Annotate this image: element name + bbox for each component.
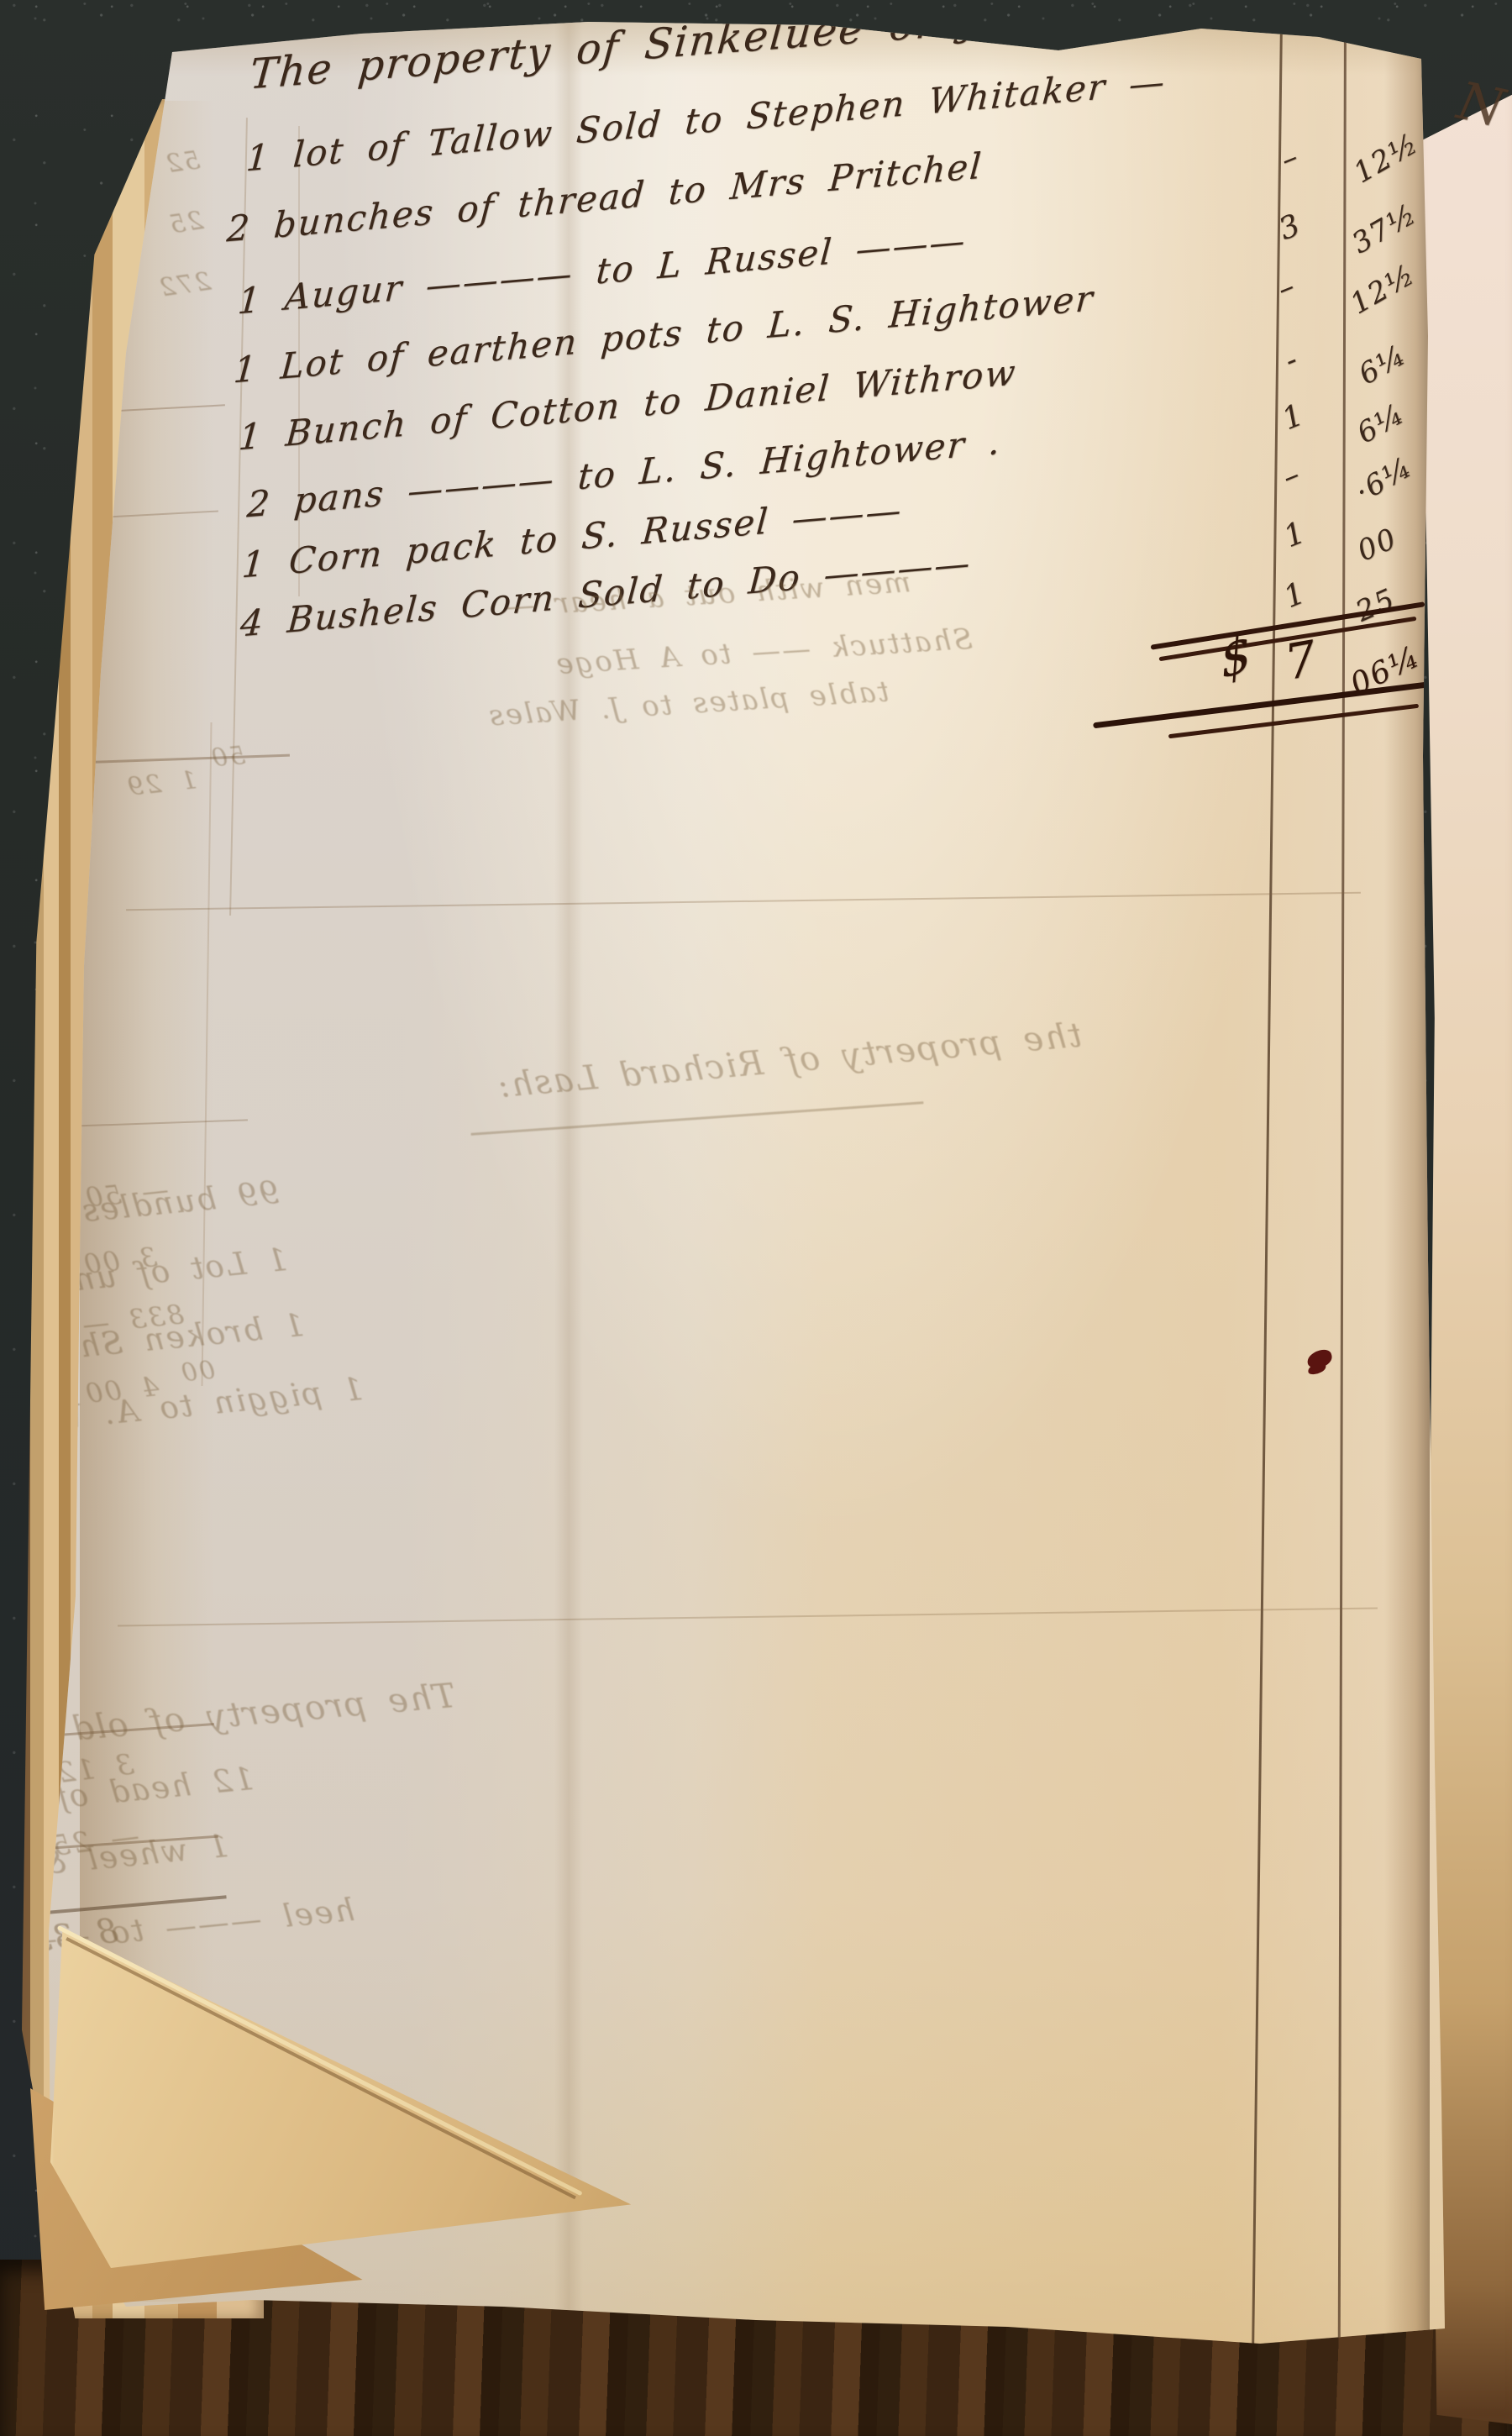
ghost-section-title: the property of Richard Lash: bbox=[495, 1016, 1083, 1106]
amount-dollars: 3 bbox=[1252, 199, 1328, 256]
total-symbol: $ bbox=[1217, 621, 1256, 691]
amount-dollars: - bbox=[1254, 332, 1330, 389]
money-column-rule-right bbox=[1337, 17, 1347, 2428]
margin-rule bbox=[71, 1119, 248, 1126]
total-flourish-stroke bbox=[1093, 682, 1427, 729]
amount-cents: 37½ bbox=[1347, 190, 1436, 261]
amount-cents: ·6¼ bbox=[1350, 438, 1440, 510]
ghost-margin-number: 50 bbox=[208, 741, 247, 774]
ghost-margin-number: 272 bbox=[156, 267, 213, 303]
total-dollars: 7 bbox=[1280, 629, 1322, 691]
ghost-margin-number: 1 29 bbox=[124, 766, 198, 803]
ghost-horizontal-rule bbox=[118, 1608, 1378, 1627]
ghost-margin-number: 00 bbox=[178, 1356, 217, 1389]
ghost-line: Shattuck —— to A Hoge bbox=[554, 622, 974, 681]
ghost-horizontal-rule bbox=[126, 892, 1361, 911]
margin-rule bbox=[80, 754, 290, 764]
ghost-title-underline bbox=[471, 1101, 924, 1136]
amount-dollars: – bbox=[1254, 448, 1330, 505]
ink-blot bbox=[1305, 1347, 1334, 1370]
ghost-margin-number: 25 bbox=[166, 206, 206, 240]
amount-cents: 12½ bbox=[1345, 250, 1435, 322]
amount-dollars: 1 bbox=[1257, 507, 1333, 564]
ghost-line: table plates to J. Wales bbox=[486, 675, 890, 732]
ghost-section-title: The property of old Wallace — bbox=[0, 1677, 457, 1768]
ghost-vertical-rule bbox=[201, 722, 212, 1386]
amount-dollars: 1 bbox=[1257, 567, 1333, 624]
photograph-of-ledger-page: N The property of Sinkeluee or John Hoge… bbox=[0, 0, 1512, 2436]
amount-dollars: – bbox=[1249, 260, 1325, 317]
ghost-margin-number: 52 bbox=[163, 145, 202, 180]
center-fold-shadow bbox=[554, 0, 583, 2436]
amount-dollars: – bbox=[1252, 130, 1328, 187]
amount-dollars: 1 bbox=[1256, 389, 1331, 446]
